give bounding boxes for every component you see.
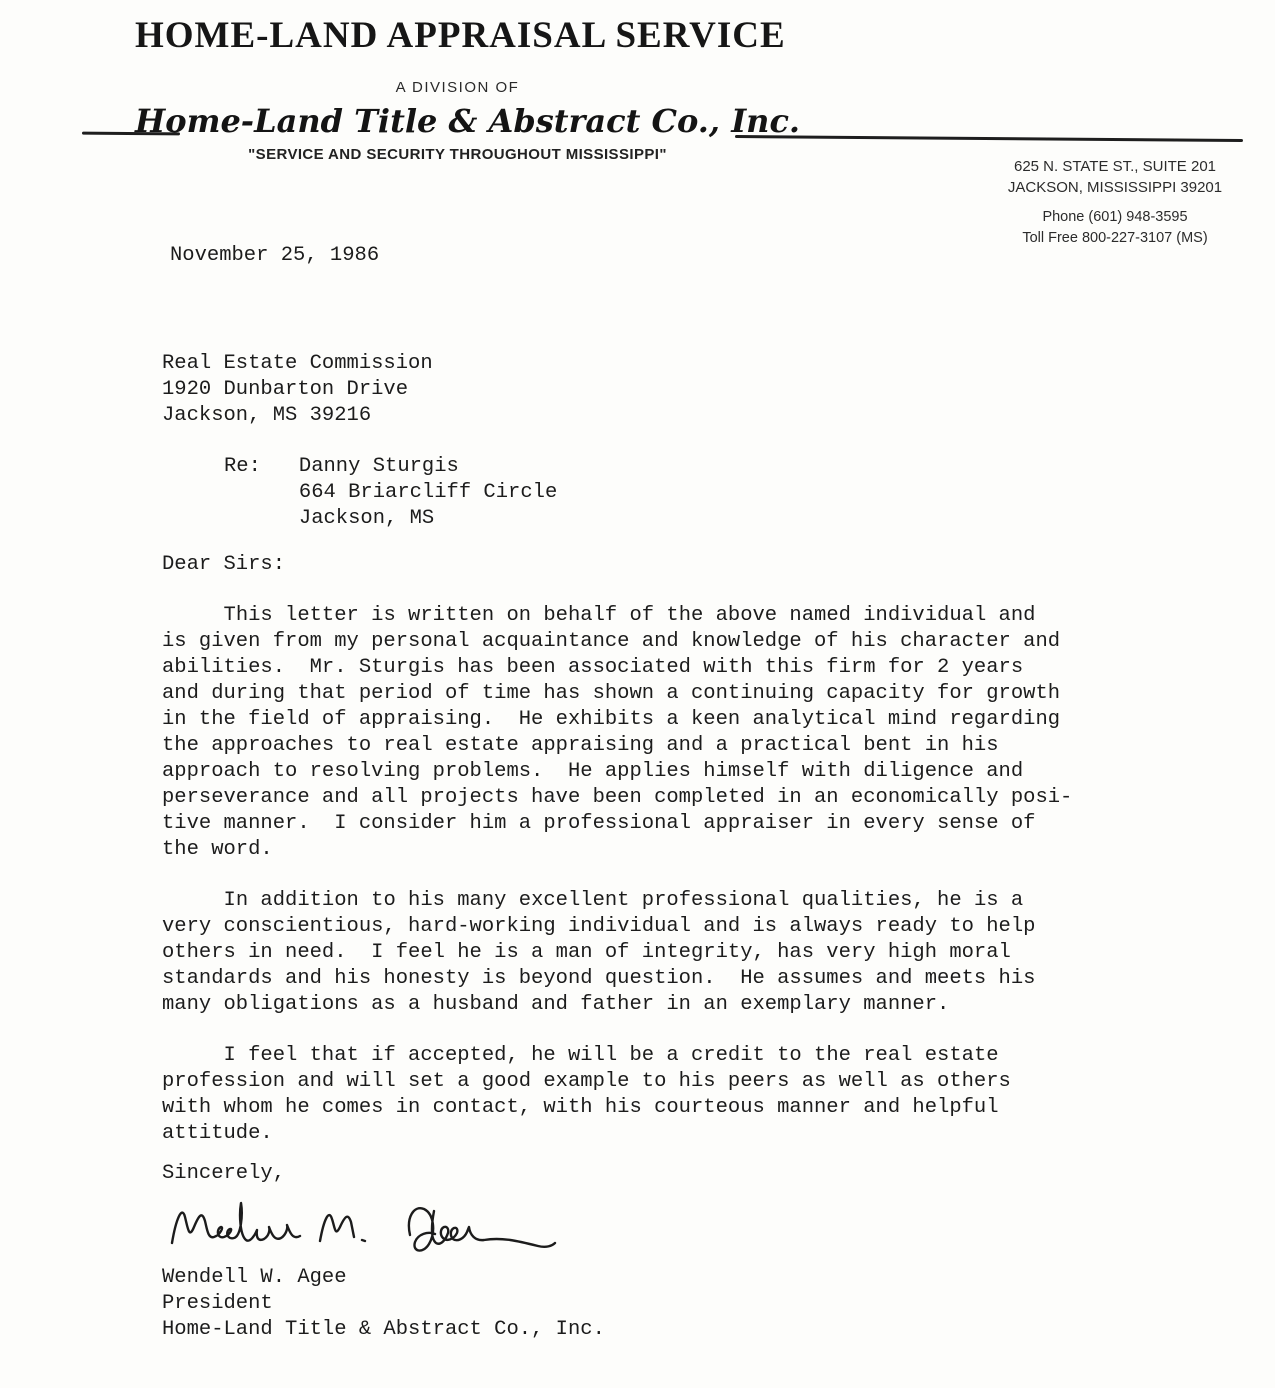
re-block: Re: Danny Sturgis 664 Briarcliff Circle … (162, 454, 1122, 532)
handwritten-signature (162, 1189, 1122, 1263)
company-name: HOME-LAND APPRAISAL SERVICE (135, 14, 780, 57)
re-line-1: Danny Sturgis (299, 454, 557, 480)
letterhead: HOME-LAND APPRAISAL SERVICE A DIVISION O… (135, 14, 780, 163)
division-label: A DIVISION OF (135, 79, 780, 96)
re-line-3: Jackson, MS (299, 506, 557, 532)
address-line-2: JACKSON, MISSISSIPPI 39201 (995, 177, 1235, 198)
signer-company: Home-Land Title & Abstract Co., Inc. (162, 1317, 1122, 1343)
letterhead-address: 625 N. STATE ST., SUITE 201 JACKSON, MIS… (995, 156, 1235, 249)
body-paragraph-2: In addition to his many excellent profes… (162, 888, 1122, 1018)
salutation: Dear Sirs: (162, 552, 1122, 578)
body-paragraph-3: I feel that if accepted, he will be a cr… (162, 1043, 1122, 1147)
letter-body: November 25, 1986 Real Estate Commission… (162, 243, 1122, 1343)
scanned-letter-page: HOME-LAND APPRAISAL SERVICE A DIVISION O… (0, 0, 1275, 1388)
recipient-line-1: Real Estate Commission (162, 351, 1122, 377)
letter-date: November 25, 1986 (170, 243, 1122, 269)
recipient-line-2: 1920 Dunbarton Drive (162, 377, 1122, 403)
recipient-address: Real Estate Commission 1920 Dunbarton Dr… (162, 351, 1122, 429)
re-details: Danny Sturgis 664 Briarcliff Circle Jack… (299, 454, 557, 532)
phone-line: Phone (601) 948-3595 (995, 207, 1235, 228)
body-paragraph-1: This letter is written on behalf of the … (162, 603, 1122, 863)
closing: Sincerely, (162, 1161, 1122, 1187)
signature-ink (162, 1189, 562, 1263)
re-line-2: 664 Briarcliff Circle (299, 480, 557, 506)
signer-name: Wendell W. Agee (162, 1265, 1122, 1291)
recipient-line-3: Jackson, MS 39216 (162, 403, 1122, 429)
re-label: Re: (224, 454, 261, 532)
company-slogan: "SERVICE AND SECURITY THROUGHOUT MISSISS… (135, 146, 780, 163)
signer-title: President (162, 1291, 1122, 1317)
letterhead-rule-left (82, 132, 180, 136)
signer-block: Wendell W. Agee President Home-Land Titl… (162, 1265, 1122, 1343)
letterhead-rule-right (735, 135, 1243, 142)
address-line-1: 625 N. STATE ST., SUITE 201 (995, 156, 1235, 177)
parent-company-name: Home-Land Title & Abstract Co., Inc. (135, 102, 780, 140)
